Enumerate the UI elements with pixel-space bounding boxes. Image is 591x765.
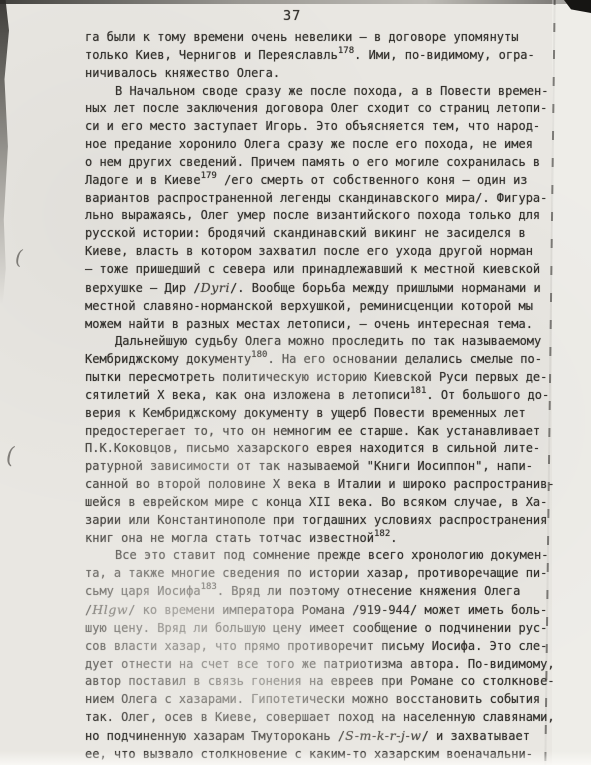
handwritten-insert: Hlgw (92, 602, 128, 617)
text-line: льно выражаясь, Олег умер после византий… (85, 207, 567, 225)
top-edge-artifact (0, 0, 591, 4)
footnote-marker: 183 (201, 582, 217, 592)
text-line: В Начальном своде сразу же после похода,… (85, 83, 567, 101)
paragraph: В Начальном своде сразу же после похода,… (85, 83, 567, 334)
text-line: о нем других сведений. Причем память о е… (85, 154, 567, 172)
text-line: так. Олег, осев в Киеве, совершает поход… (85, 709, 567, 727)
text-line: Дальнейшую судьбу Олега можно проследить… (85, 333, 567, 351)
text-body: га были к тому времени очень невелики – … (85, 29, 567, 764)
text-line: можем найти в разных местах летописи, – … (85, 316, 567, 334)
bottom-edge-artifact (0, 751, 591, 765)
text-line: верия к Кембриджскому документу в ущерб … (85, 405, 567, 423)
handwritten-insert: S-m-k-r-j-w (345, 728, 422, 743)
text-line: сьму царя Иосифа183. Вряд ли поэтому отн… (85, 583, 567, 601)
page-number: 37 (283, 8, 301, 24)
text-line: га были к тому времени очень невелики – … (85, 29, 567, 47)
text-line: санной во второй половине X века в Итали… (85, 476, 567, 494)
text-line: местной славяно-норманской верхушкой, ре… (85, 298, 567, 316)
text-line: ратурной зависимости от так называемой "… (85, 458, 567, 476)
footnote-marker: 178 (338, 46, 354, 56)
text-line: автор поставил в связь гонения на евреев… (85, 673, 567, 691)
text-line: сов власти хазар, что прямо противоречит… (85, 638, 567, 656)
text-line: шейся в еврейском мире с конца XII века.… (85, 494, 567, 512)
text-line: ное предание хоронило Олега сразу же пос… (85, 136, 567, 154)
footnote-marker: 180 (251, 350, 267, 360)
text-line: ничивалось княжество Олега. (85, 65, 567, 83)
text-line: дует отнести на счет все того же патриот… (85, 656, 567, 674)
text-line: Кембриджскому документу180. На его основ… (85, 351, 567, 369)
handwritten-margin-mark: ( (15, 245, 23, 269)
paragraph: га были к тому времени очень невелики – … (85, 29, 567, 83)
text-line: Киеве, власть в котором захватил после е… (85, 243, 567, 261)
text-line: Ладоге и в Киеве179 /его смерть от собст… (85, 172, 567, 190)
text-line: шую цену. Вряд ли большую цену имеет соо… (85, 620, 567, 638)
text-line: – тоже пришедший с севера или принадлежа… (85, 261, 567, 279)
text-line: зарии или Константинополе при тогдашних … (85, 512, 567, 530)
scanned-page: 37 га были к тому времени очень невелики… (0, 0, 591, 765)
paragraph: Дальнейшую судьбу Олега можно проследить… (85, 333, 567, 547)
text-line: вариантов распространенной легенды сканд… (85, 190, 567, 208)
handwritten-margin-mark: ( (6, 444, 15, 469)
footnote-marker: 182 (374, 529, 390, 539)
text-line: верхушке – Дир /Dyri/. Вообще борьба меж… (85, 279, 567, 298)
text-line: предостерегает то, что он немногим ее ст… (85, 423, 567, 441)
text-line: ных лет после заключения договора Олег с… (85, 100, 567, 118)
text-line: но подчиненную хазарам Тмуторокань /S-m-… (85, 727, 567, 746)
text-line: Все это ставит под сомнение прежде всего… (85, 547, 567, 565)
text-line: /Hlgw/ ко времени императора Романа /919… (85, 601, 567, 620)
text-line: та, а также многие сведения по истории х… (85, 565, 567, 583)
paragraph: Все это ставит под сомнение прежде всего… (85, 547, 567, 763)
footnote-marker: 179 (201, 171, 217, 181)
text-line: русской истории: бродячий скандинавский … (85, 225, 567, 243)
handwritten-insert: Dyri (201, 280, 230, 295)
text-line: только Киев, Чернигов и Переяславль178. … (85, 47, 567, 65)
text-line: П.К.Коковцов, письмо хазарского еврея на… (85, 440, 567, 458)
text-line: книг она не могла стать тотчас известной… (85, 530, 567, 548)
text-line: сятилетий X века, как она изложена в лет… (85, 387, 567, 405)
text-line: нием Олега с хазарами. Гипотетически мож… (85, 691, 567, 709)
footnote-marker: 181 (410, 386, 426, 396)
text-line: пытки пересмотреть политическую историю … (85, 369, 567, 387)
left-edge-artifact (0, 0, 9, 305)
text-line: си и его место заступает Игорь. Это объя… (85, 118, 567, 136)
